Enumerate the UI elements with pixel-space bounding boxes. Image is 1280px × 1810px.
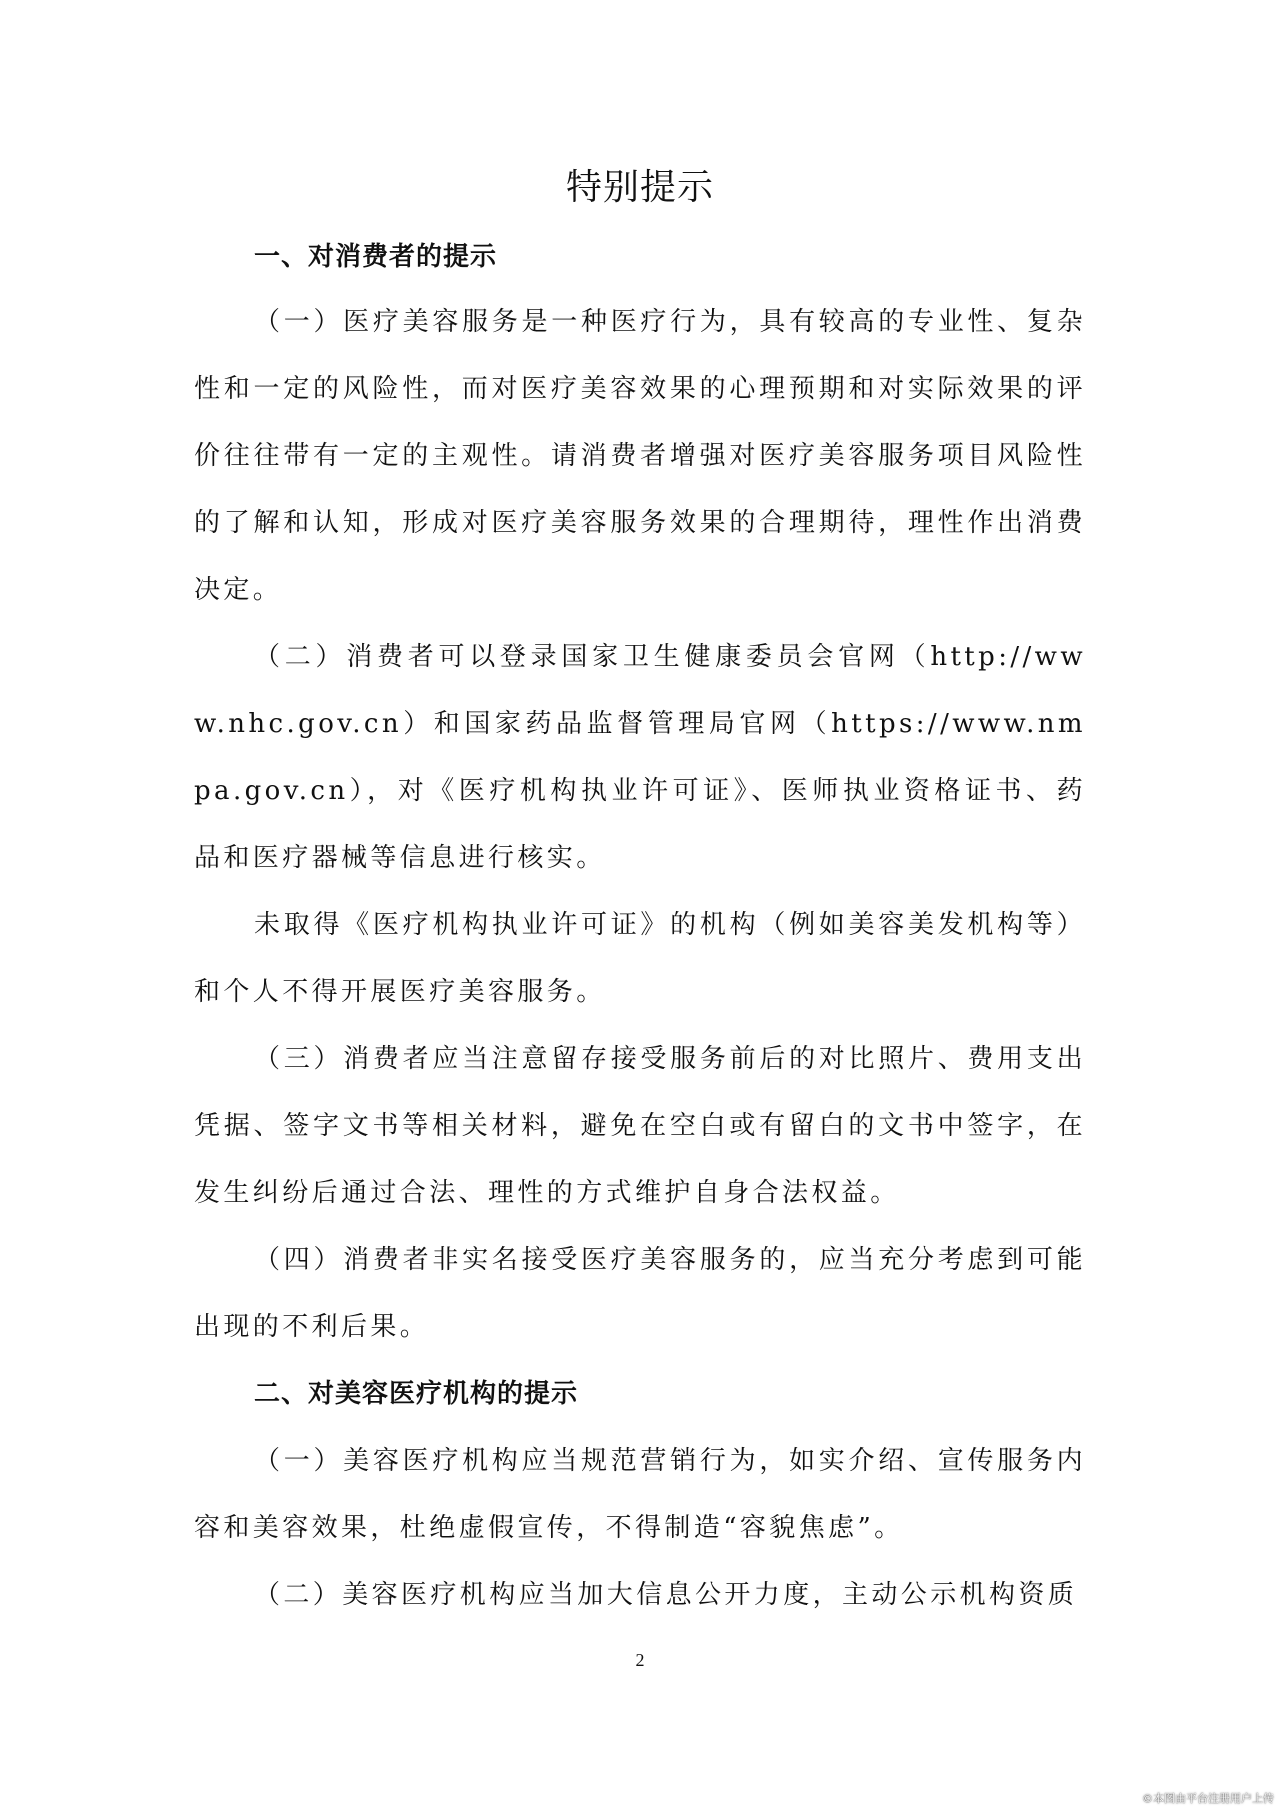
page-number: 2 (0, 1650, 1280, 1671)
document-title: 特别提示 (0, 162, 1280, 214)
paragraph-institution-2: （二）美容医疗机构应当加大信息公开力度，主动公示机构资质 (194, 1562, 1086, 1629)
section-heading-consumers: 一、对消费者的提示 (254, 237, 497, 277)
paragraph-consumer-3: （三）消费者应当注意留存接受服务前后的对比照片、费用支出凭据、签字文书等相关材料… (194, 1026, 1086, 1227)
paragraph-consumer-1: （一）医疗美容服务是一种医疗行为，具有较高的专业性、复杂性和一定的风险性，而对医… (194, 289, 1086, 624)
upload-watermark: ©本图由平台注册用户上传 (1142, 1790, 1274, 1806)
paragraph-consumer-4: （四）消费者非实名接受医疗美容服务的，应当充分考虑到可能出现的不利后果。 (194, 1227, 1086, 1361)
paragraph-consumer-note: 未取得《医疗机构执业许可证》的机构（例如美容美发机构等）和个人不得开展医疗美容服… (194, 892, 1086, 1026)
section-heading-institutions: 二、对美容医疗机构的提示 (254, 1374, 578, 1414)
document-page: 特别提示 一、对消费者的提示 （一）医疗美容服务是一种医疗行为，具有较高的专业性… (0, 0, 1280, 1810)
paragraph-consumer-2: （二）消费者可以登录国家卫生健康委员会官网（http://www.nhc.gov… (194, 624, 1086, 892)
paragraph-institution-1: （一）美容医疗机构应当规范营销行为，如实介绍、宣传服务内容和美容效果，杜绝虚假宣… (194, 1428, 1086, 1562)
